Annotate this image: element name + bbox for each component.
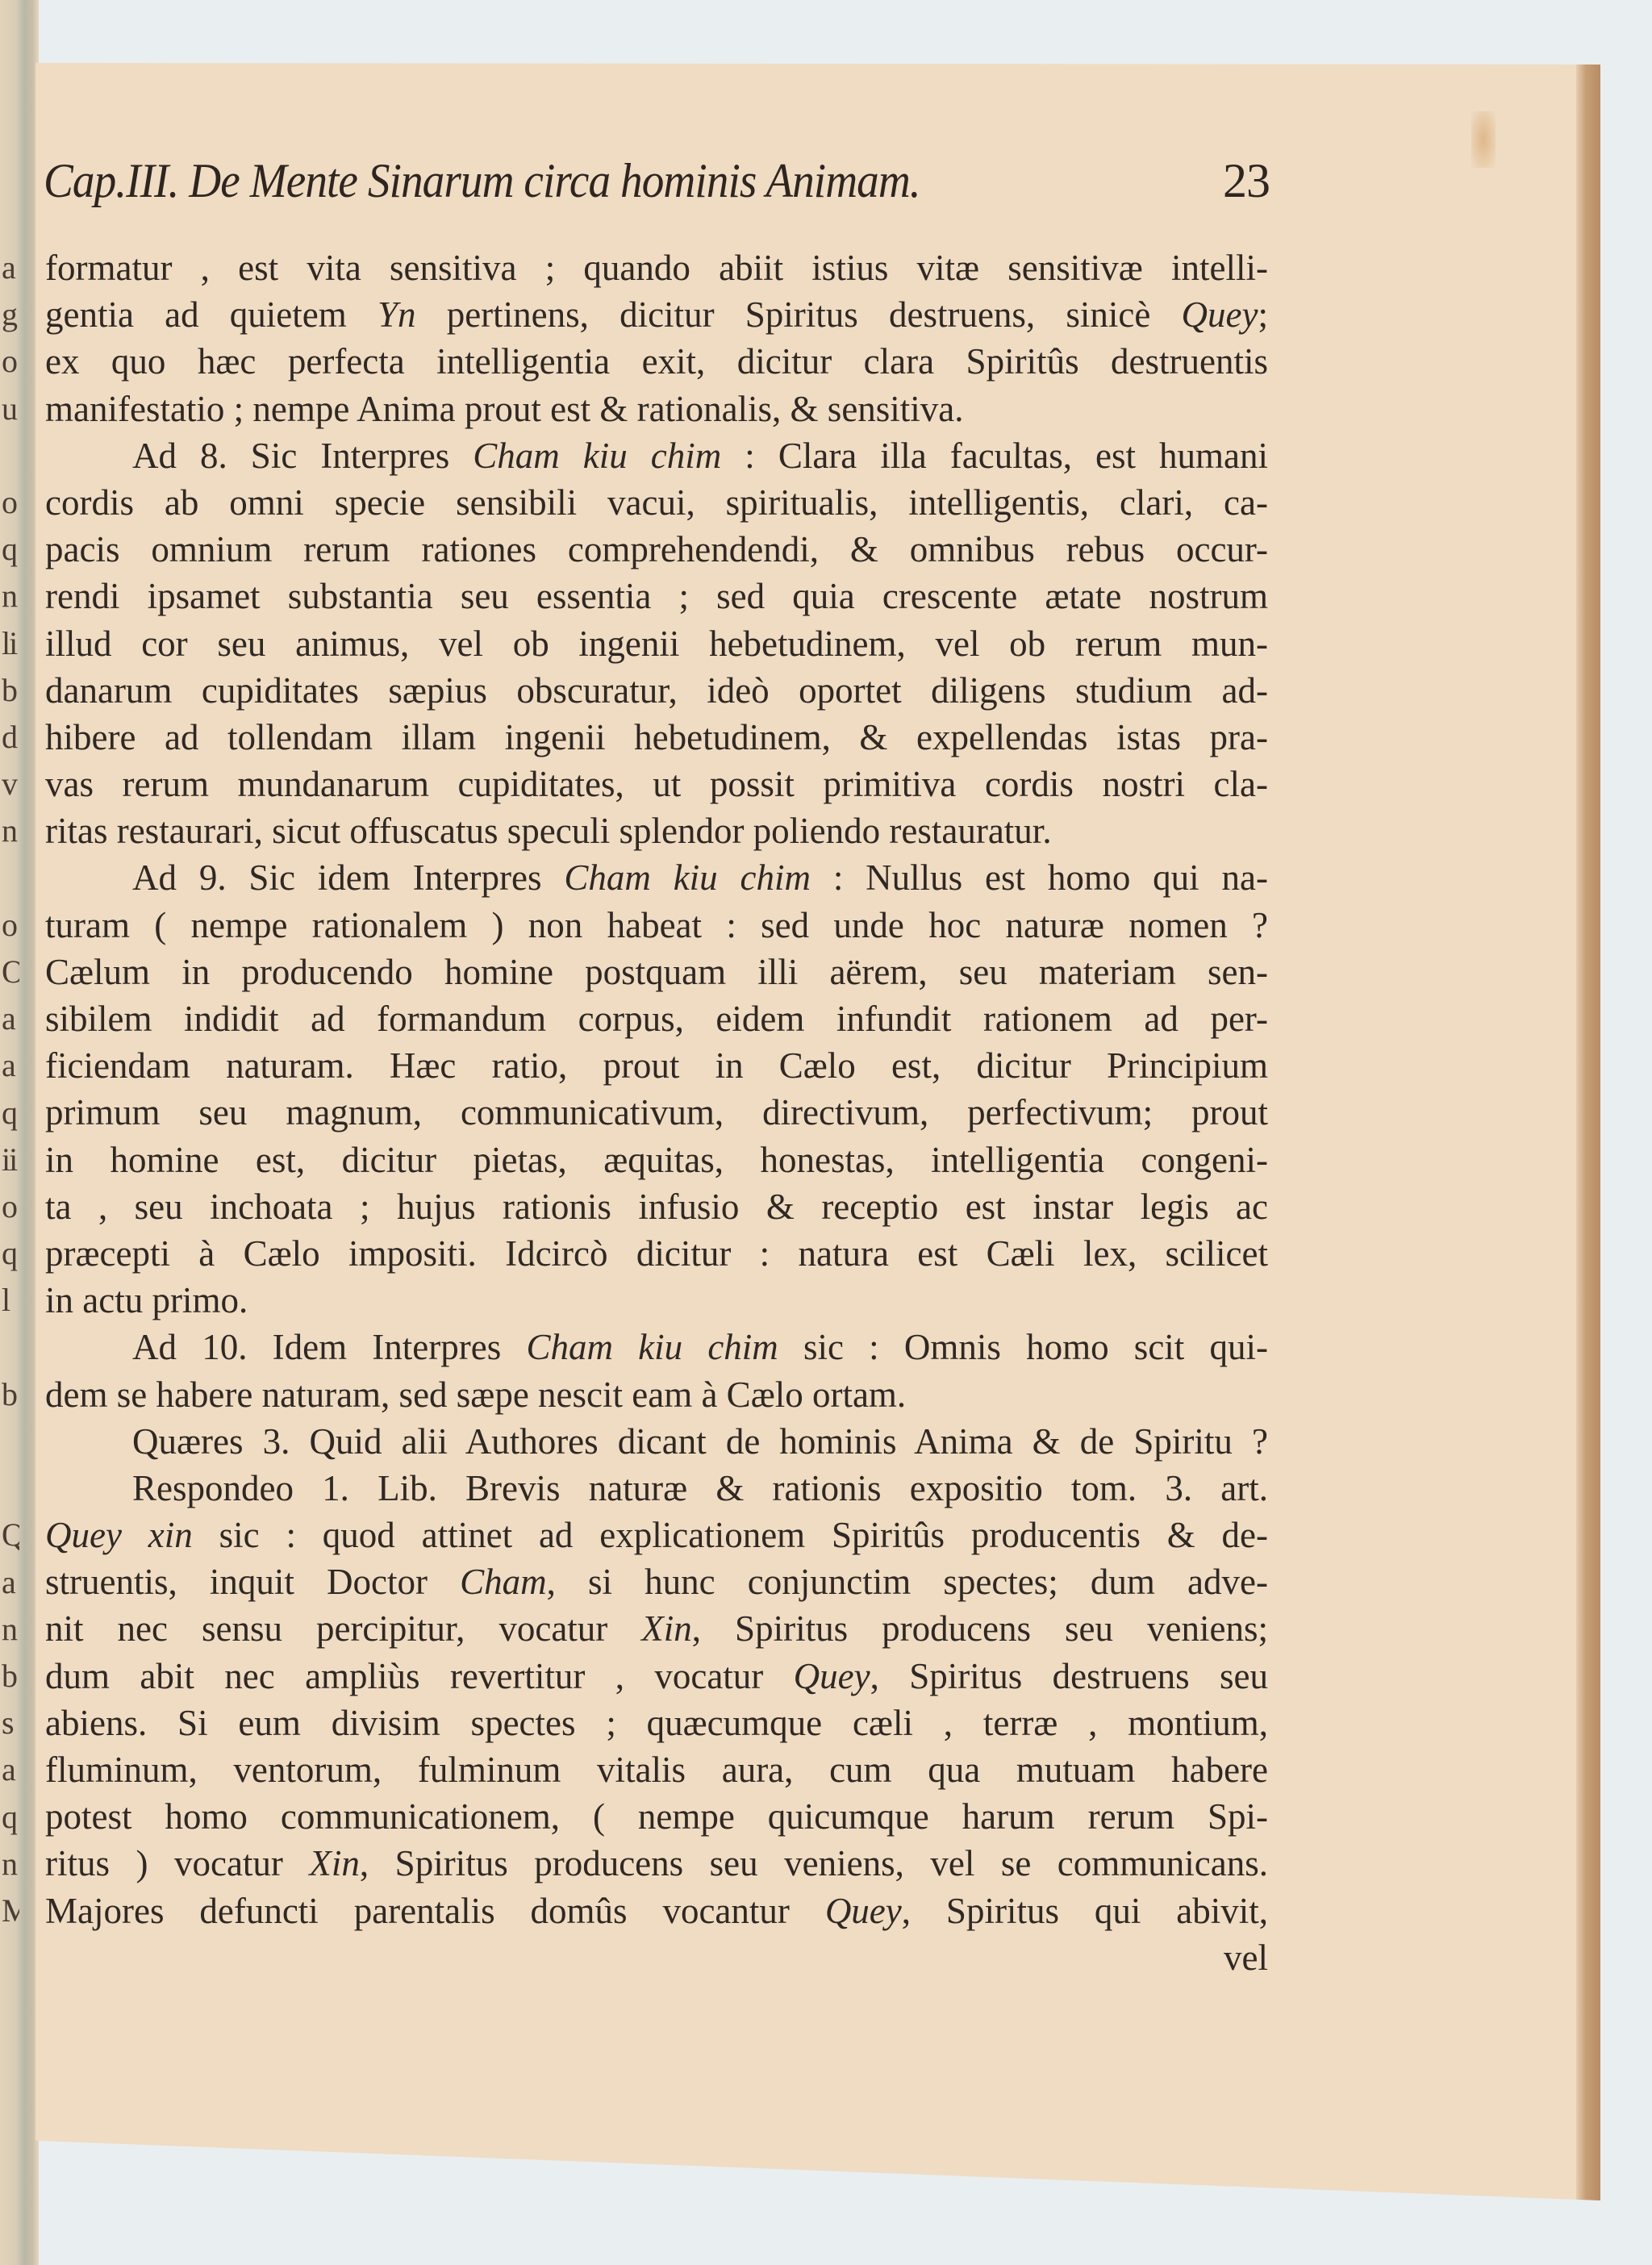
- text-line: rendi ipsamet substantia seu essentia ; …: [45, 573, 1268, 619]
- adjacent-page-edge: agouoqnlibdvnoOaaqiioqlbQanbsaqnM: [0, 0, 39, 2265]
- transliteration: Quey: [794, 1656, 870, 1696]
- text-line: gentia ad quietem Yn pertinens, dicitur …: [45, 291, 1268, 338]
- text-line: primum seu magnum, communicativum, direc…: [45, 1089, 1268, 1136]
- margin-fragment: b: [2, 1371, 19, 1418]
- text-line: ex quo hæc perfecta intelligentia exit, …: [45, 338, 1268, 385]
- transliteration: Xin: [641, 1608, 692, 1649]
- text-line: vas rerum mundanarum cupiditates, ut pos…: [45, 761, 1268, 807]
- margin-fragment: n: [2, 1606, 19, 1653]
- text-line: dem se habere naturam, sed sæpe nescit e…: [45, 1371, 1268, 1418]
- text-line: pacis omnium rerum rationes comprehenden…: [45, 526, 1268, 573]
- text-line: struentis, inquit Doctor Cham, si hunc c…: [45, 1558, 1268, 1605]
- text-line: formatur , est vita sensitiva ; quando a…: [45, 244, 1268, 291]
- page-number: 23: [1223, 153, 1270, 209]
- text-line: fluminum, ventorum, fulminum vitalis aur…: [45, 1746, 1268, 1793]
- text-line: Majores defuncti parentalis domûs vocant…: [45, 1887, 1268, 1934]
- transliteration: Cham kiu chim: [564, 857, 811, 898]
- text-line: ta , seu inchoata ; hujus rationis infus…: [45, 1183, 1268, 1230]
- text-line: ritus ) vocatur Xin, Spiritus producens …: [45, 1840, 1268, 1887]
- margin-fragment: M: [2, 1887, 19, 1934]
- text-line: Ad 8. Sic Interpres Cham kiu chim : Clar…: [45, 432, 1268, 479]
- body-text: formatur , est vita sensitiva ; quando a…: [45, 244, 1268, 1981]
- transliteration: Cham kiu chim: [473, 436, 721, 476]
- transliteration: Cham: [460, 1562, 547, 1602]
- margin-fragment: o: [2, 479, 19, 526]
- text-line: danarum cupiditates sæpius obscuratur, i…: [45, 667, 1268, 714]
- margin-fragment: o: [2, 902, 19, 949]
- text-line: Quey xin sic : quod attinet ad explicati…: [45, 1512, 1268, 1558]
- text-line: manifestatio ; nempe Anima prout est & r…: [45, 386, 1268, 432]
- transliteration: Xin: [309, 1843, 360, 1883]
- text-line: dum abit nec ampliùs revertitur , vocatu…: [45, 1653, 1268, 1700]
- text-line: Cælum in producendo homine postquam illi…: [45, 949, 1268, 995]
- margin-fragment: a: [2, 1042, 19, 1089]
- text-line: sibilem indidit ad formandum corpus, eid…: [45, 995, 1268, 1042]
- transliteration: Cham kiu chim: [526, 1327, 778, 1367]
- margin-fragment: ii: [2, 1137, 19, 1183]
- text-line: Ad 9. Sic idem Interpres Cham kiu chim :…: [45, 854, 1268, 901]
- margin-fragment: Q: [2, 1512, 19, 1558]
- text-line: nit nec sensu percipitur, vocatur Xin, S…: [45, 1605, 1268, 1652]
- text-line: illud cor seu animus, vel ob ingenii heb…: [45, 620, 1268, 667]
- text-line: Quæres 3. Quid alii Authores dicant de h…: [45, 1418, 1268, 1465]
- text-line: cordis ab omni specie sensibili vacui, s…: [45, 479, 1268, 526]
- text-line: vel: [45, 1934, 1268, 1981]
- text-line: Respondeo 1. Lib. Brevis naturæ & ration…: [45, 1465, 1268, 1512]
- text-line: hibere ad tollendam illam ingenii hebetu…: [45, 714, 1268, 761]
- margin-fragment: g: [2, 291, 19, 338]
- chapter-title: Cap.III. De Mente Sinarum circa hominis …: [44, 153, 920, 209]
- text-line: in homine est, dicitur pietas, æquitas, …: [45, 1137, 1268, 1183]
- text-line: potest homo communicationem, ( nempe qui…: [45, 1793, 1268, 1840]
- paper-stain: [1471, 111, 1496, 168]
- margin-fragment: li: [2, 620, 19, 667]
- margin-fragment: O: [2, 949, 19, 995]
- margin-fragment: n: [2, 807, 19, 854]
- transliteration: Quey xin: [45, 1515, 193, 1555]
- margin-fragment: b: [2, 667, 19, 714]
- margin-fragment: o: [2, 1183, 19, 1230]
- text-line: ritas restaurari, sicut offuscatus specu…: [45, 807, 1268, 854]
- margin-fragment: q: [2, 526, 19, 573]
- margin-fragment: o: [2, 338, 19, 385]
- margin-fragment: q: [2, 1230, 19, 1277]
- margin-fragment: a: [2, 1559, 19, 1606]
- margin-fragment: n: [2, 573, 19, 619]
- text-line: ficiendam naturam. Hæc ratio, prout in C…: [45, 1042, 1268, 1089]
- margin-fragment: v: [2, 761, 19, 807]
- text-line: abiens. Si eum divisim spectes ; quæcumq…: [45, 1700, 1268, 1746]
- margin-fragment: l: [2, 1277, 19, 1324]
- margin-fragment: u: [2, 386, 19, 432]
- margin-fragment: q: [2, 1794, 19, 1841]
- transliteration: Yn: [378, 294, 416, 335]
- text-line: turam ( nempe rationalem ) non habeat : …: [45, 902, 1268, 949]
- margin-fragment: s: [2, 1700, 19, 1746]
- margin-fragment: a: [2, 244, 19, 291]
- text-line: præcepti à Cælo impositi. Idcircò dicitu…: [45, 1230, 1268, 1277]
- running-head: Cap.III. De Mente Sinarum circa hominis …: [44, 153, 1270, 209]
- margin-fragment: d: [2, 714, 19, 761]
- text-line: in actu primo.: [45, 1277, 1268, 1324]
- margin-fragment: q: [2, 1090, 19, 1137]
- margin-fragment: b: [2, 1653, 19, 1700]
- margin-fragment: n: [2, 1841, 19, 1887]
- text-line: Ad 10. Idem Interpres Cham kiu chim sic …: [45, 1324, 1268, 1370]
- margin-fragment: a: [2, 1746, 19, 1793]
- transliteration: Quey: [825, 1891, 902, 1931]
- transliteration: Quey: [1182, 294, 1258, 335]
- margin-fragment: a: [2, 995, 19, 1042]
